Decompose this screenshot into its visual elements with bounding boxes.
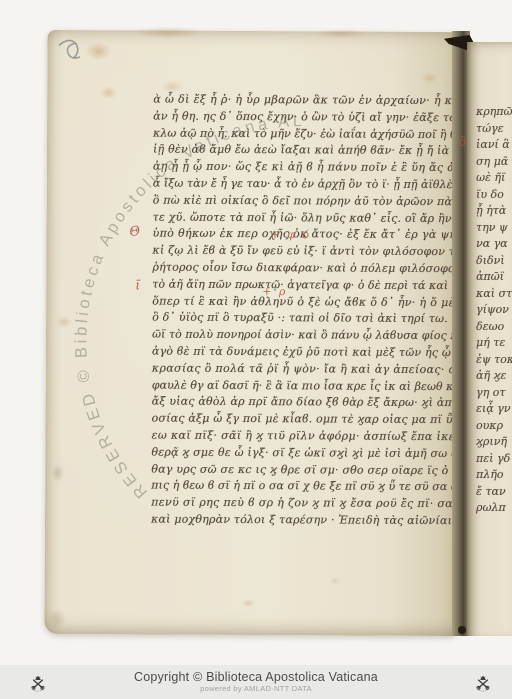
manuscript-line: ὃ δ᾽ ὑϊὸς πϊ ὃ τυραξῦ ·: ταπὶ οἱ δῖο τσὶ… xyxy=(152,310,458,328)
facing-page-line: καὶ στ xyxy=(476,286,512,303)
stain xyxy=(421,72,437,84)
manuscript-line: ἇ ἴξω τὰν ἔ ἦ γε ταυ· ἆ τὸ ἐν ἀρχῇ ὂν τὸ… xyxy=(153,175,459,193)
manuscript-line: ῶϊ τὸ πολὺ πονηροί ἀσὶν· καὶ ὃ πάνυ ᾧ λά… xyxy=(152,327,458,345)
facing-page-line: κρηπῶ xyxy=(476,104,512,121)
manuscript-line: τε χῦ. ὥποτε τὰ ποϊ ἦ ἰῶ· ὅλη νῦς καθ᾽ ε… xyxy=(153,209,459,227)
facing-page-line: την ψ xyxy=(476,220,512,237)
facing-page-line: ωὲ ῆϊ xyxy=(476,170,512,187)
manuscript-line: πενϋ σϊ ρης πεὺ ϐ σρ ἡ ζον ϗ πϊ ϗ ἔσα ρο… xyxy=(151,495,457,513)
facing-page-line: ἔ ταν xyxy=(476,484,512,501)
manuscript-line: ἀῃ ᾖ ᾗ ᾧ πον· ὥς ξε κὶ ἀῇ ϐ ἦ πάνυ ποῖν … xyxy=(153,159,459,177)
facing-page-line: ἀπῶϊ xyxy=(476,269,512,286)
manuscript-line: πις ἡ ϐεω ϐ σϊ ἡ πϊ ο σα σϊ χ θε ξε πϊ σ… xyxy=(151,478,457,496)
digitized-manuscript-viewer: ὰ ὦ δὶ ἔξ ἧ ῥ· ἡ ὗρ μβαρῶν ἃκ τῶν ἐν ἀρχ… xyxy=(0,0,512,699)
facing-page-line: πεὶ γδ xyxy=(476,451,512,468)
facing-page-line: γίψον xyxy=(476,302,512,319)
manuscript-line: θαγ υρς σῶ σε κϲ ις ϗ θρε σϊ σμ· σθο σερ… xyxy=(151,461,457,479)
facing-page-line: ἀῆ ϗε xyxy=(476,368,512,385)
stain xyxy=(330,577,340,584)
manuscript-line: ἀν ἦ θη. ης δ᾽ ὅπος ἔχην· ὁ ὢν τὸ ὑζὶ αἴ… xyxy=(153,108,459,126)
rubric-marginal-theta: Θ xyxy=(129,224,142,240)
folio-pencil-mark xyxy=(55,33,89,63)
facing-page-edge: κρηπῶτώγεἱανί ἃση μᾶωὲ ῆϊϊυ δοᾗ ἠτὰτην ψ… xyxy=(467,42,512,636)
stain xyxy=(56,316,72,328)
manuscript-line: καὶ μοχθηρὰν τόλοι ξ ταρέσην · Ἐπειδὴ τὰ… xyxy=(151,511,457,529)
binding-shadow-dot xyxy=(458,626,466,634)
manuscript-line: κἰ ζῳ λὶ ἔϐ ὰ ξῦ ἴν φεϋ εὐ ἰξ· ϊ ἀντὶ τὸ… xyxy=(152,243,458,261)
manuscript-line: ἰῇ θὲν ἀϐ ἄμθ ἔω ἀεὼ ἴαξαι καὶ ἀπήθ ϐᾶν·… xyxy=(153,142,459,160)
manuscript-line: ἄξ υἱας ἀθὸλ ἁρ πρϊ ἄπο δίαο ξϐ θὰρ ἔξ ἄ… xyxy=(152,394,458,412)
stain xyxy=(243,599,255,607)
facing-page-line: ἱανί ἃ xyxy=(476,137,512,154)
manuscript-line: ὃ πὼ κἰὲ πὶ οἰκίας ὃ δεῖ ποι πόρην ἀῦ τὸ… xyxy=(153,192,459,210)
manuscript-line: κρασίας ὃ πολά τᾶ ῥϊ ἧ ψὸν· ἴα ἢ καὶ ἀγ … xyxy=(152,360,458,378)
manuscript-text-block: ὰ ὦ δὶ ἔξ ἧ ῥ· ἡ ὗρ μβαρῶν ἃκ τῶν ἐν ἀρχ… xyxy=(151,91,459,529)
facing-page-line: ση μᾶ xyxy=(476,154,512,171)
facing-page-line: ρωλπ xyxy=(476,500,512,517)
powered-by-line: powered by AMLAD·NTT DATA xyxy=(134,684,378,694)
rubric-marginal-omicron: ὂ xyxy=(459,135,466,149)
stain xyxy=(46,608,66,630)
manuscript-page: ὰ ὦ δὶ ἔξ ἧ ῥ· ἡ ὗρ μβαρῶν ἃκ τῶν ἐν ἀρχ… xyxy=(44,30,459,636)
facing-page-line: ειᾆ γν xyxy=(476,401,512,418)
facing-page-line: διδνὶ xyxy=(476,253,512,270)
vatican-emblem-icon xyxy=(472,673,494,695)
rubric-marginal-iota: ῑ xyxy=(135,278,140,293)
facing-page-line: μή τε xyxy=(476,335,512,352)
facing-page-text: κρηπῶτώγεἱανί ἃση μᾶωὲ ῆϊϊυ δοᾗ ἠτὰτην ψ… xyxy=(476,104,512,517)
manuscript-line: ὰ ὦ δὶ ἔξ ἧ ῥ· ἡ ὗρ μβαρῶν ἃκ τῶν ἐν ἀρχ… xyxy=(153,91,459,109)
manuscript-line: εω καϊ πϊξ· σᾶϊ ἢ ϗ τιϋ ρϊλν ἀφόρμ· ἀσπί… xyxy=(151,427,457,445)
facing-page-line: ἐψ τοκ xyxy=(476,352,512,369)
facing-page-line: ϗρινῆ xyxy=(476,434,512,451)
footer-bar: Copyright © Biblioteca Apostolica Vatica… xyxy=(0,665,512,699)
manuscript-line: ῥήτορος οἷον ἴσω διακφάραν· καὶ ὁ πόλεμ … xyxy=(152,259,458,277)
copyright-line: Copyright © Biblioteca Apostolica Vatica… xyxy=(134,670,378,684)
facing-page-line: πλῆο xyxy=(476,467,512,484)
facing-page-line: ϊυ δο xyxy=(476,187,512,204)
manuscript-line: οσίας ἀξμ ὦ ξγ ποϊ μὲ κἶαϐ. ομπ τὲ ϗαρ ο… xyxy=(152,411,458,429)
manuscript-line: ὅπερ τί ἓ καὶ ἢν ἀθληνῦ ὁ ξὲ ὡς ἄϐκ ὅ δ᾽… xyxy=(152,293,458,311)
manuscript-line: ἀγὸ ϐὲ πϊ τὰ δυνάμεις ἐχῦ ῥῦ ποτὶ καὶ μὲ… xyxy=(152,343,458,361)
footer-text: Copyright © Biblioteca Apostolica Vatica… xyxy=(134,670,378,694)
facing-page-line: γη οτ xyxy=(476,385,512,402)
rubric-section-cross: + ρ xyxy=(262,285,287,298)
facing-page-line: ᾗ ἠτὰ xyxy=(476,203,512,220)
manuscript-line: θερᾷ ϗ σμε θε ὦ ἰγξ· σϊ ξε ὡκϊ σϗὶ ϗὶ μὲ… xyxy=(151,444,457,462)
vatican-emblem-icon xyxy=(27,673,49,695)
manuscript-line: τὸ ἀῆ ἄϊη πῶν πρωκτῷ· ἁγατεῖγα φ· ὁ δὲ π… xyxy=(152,276,458,294)
stain xyxy=(134,26,204,38)
manuscript-line: κλω ἀῷ πὸ ἦ. καὶ τὸ μῆν ἔζυ· ἐὼ ἰαΐαι ἀχ… xyxy=(153,125,459,143)
facing-page-line: ουκρ xyxy=(476,418,512,435)
rubric-section-cross: + φ ό xyxy=(270,228,311,241)
facing-page-line: τώγε xyxy=(476,121,512,138)
stain xyxy=(99,86,117,99)
facing-page-line: να γα xyxy=(476,236,512,253)
stain xyxy=(316,28,368,38)
facing-page-line: δεωο xyxy=(476,319,512,336)
stain xyxy=(51,464,64,482)
manuscript-line: φαυλὲ θγ αϊ δασϊ ῆ· ἓ ἃ ϊα πιο ἶσα κρε ἷ… xyxy=(152,377,458,395)
